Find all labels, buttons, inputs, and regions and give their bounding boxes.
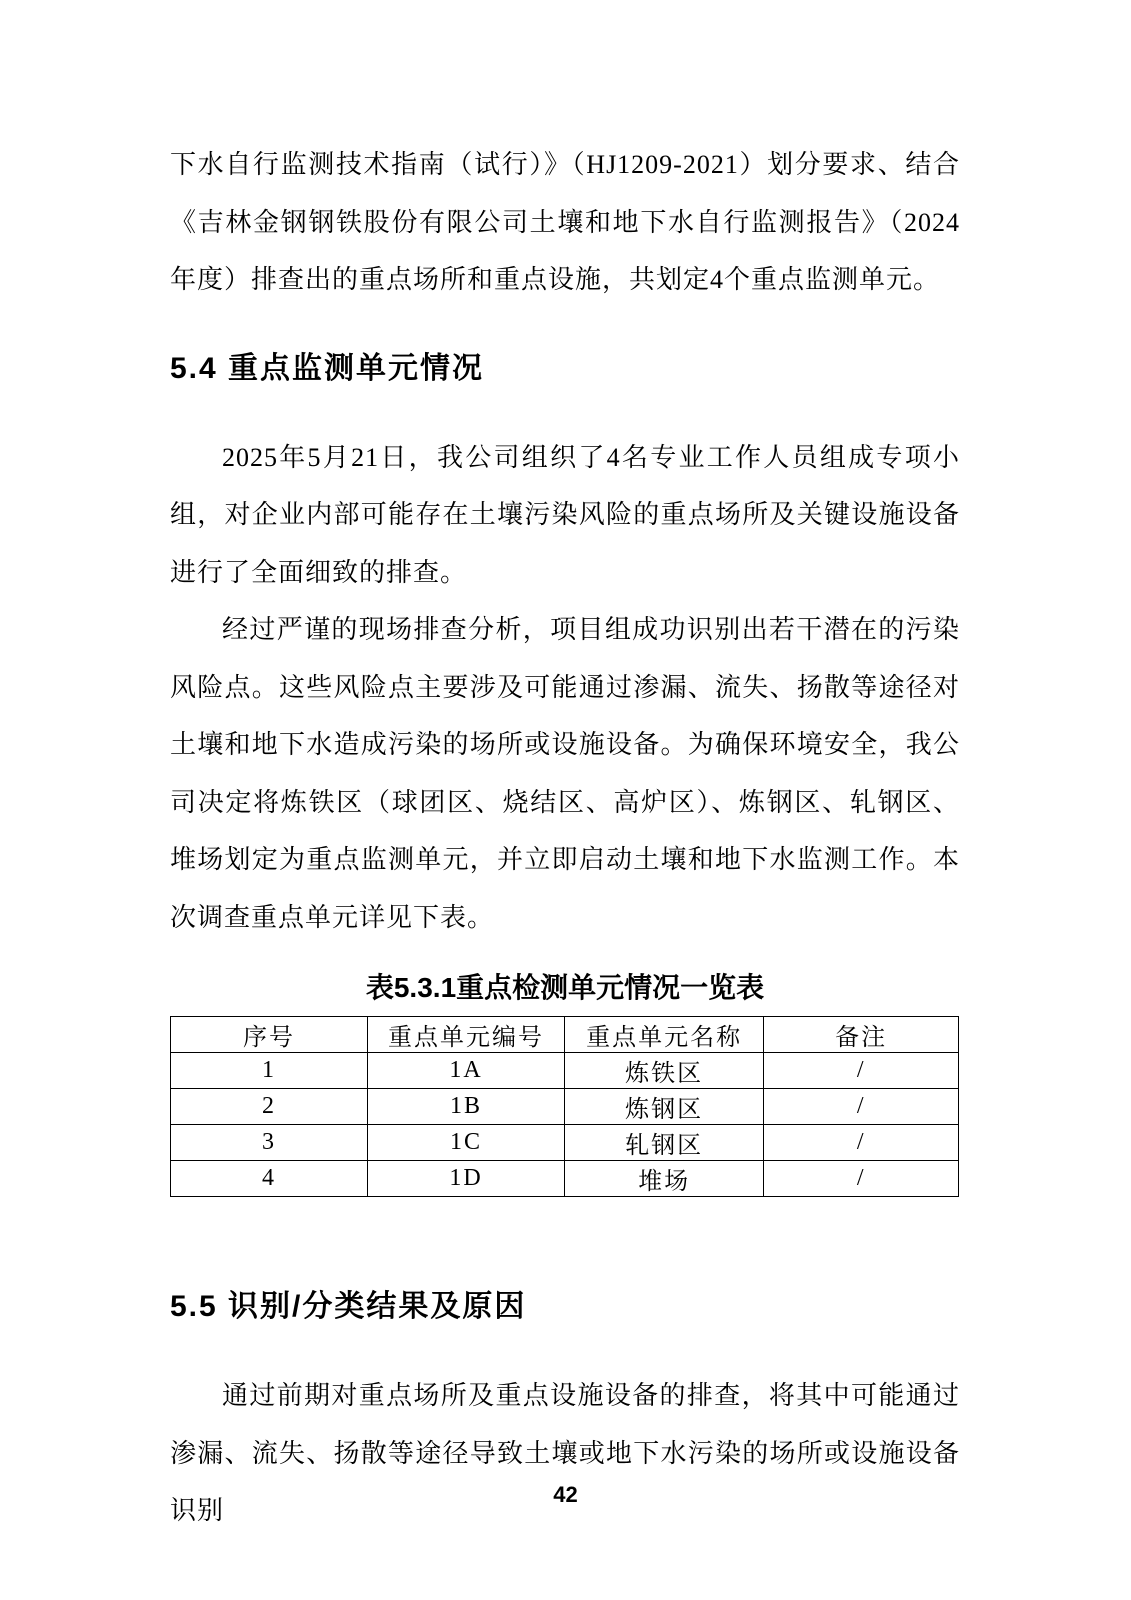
table-cell: 1C	[368, 1125, 565, 1161]
table-row: 3 1C 轧钢区 /	[171, 1125, 959, 1161]
table-row: 4 1D 堆场 /	[171, 1161, 959, 1197]
table-cell: 2	[171, 1089, 368, 1125]
table-cell: /	[764, 1089, 959, 1125]
table-cell: 炼钢区	[565, 1089, 764, 1125]
header-cell-remark: 备注	[764, 1017, 959, 1053]
table-cell: /	[764, 1125, 959, 1161]
table-cell: 1B	[368, 1089, 565, 1125]
table-cell: /	[764, 1053, 959, 1089]
table-cell: 4	[171, 1161, 368, 1197]
report-page: 下水自行监测技术指南（试行）》（HJ1209-2021）划分要求、结合《吉林金钢…	[0, 0, 1131, 1600]
table-cell: 轧钢区	[565, 1125, 764, 1161]
header-cell-unit-code: 重点单元编号	[368, 1017, 565, 1053]
monitoring-units-table: 序号 重点单元编号 重点单元名称 备注 1 1A 炼铁区 / 2 1B 炼钢区 …	[170, 1016, 959, 1197]
section-5-5-paragraph-1: 通过前期对重点场所及重点设施设备的排查，将其中可能通过渗漏、流失、扬散等途径导致…	[170, 1367, 960, 1540]
table-header-row: 序号 重点单元编号 重点单元名称 备注	[171, 1017, 959, 1053]
table-cell: 1A	[368, 1053, 565, 1089]
header-cell-index: 序号	[171, 1017, 368, 1053]
table-cell: 堆场	[565, 1161, 764, 1197]
section-5-4-paragraph-2: 经过严谨的现场排查分析，项目组成功识别出若干潜在的污染风险点。这些风险点主要涉及…	[170, 601, 960, 946]
table-cell: 1D	[368, 1161, 565, 1197]
continuation-paragraph: 下水自行监测技术指南（试行）》（HJ1209-2021）划分要求、结合《吉林金钢…	[170, 136, 960, 309]
section-5-5-heading: 5.5 识别/分类结果及原因	[170, 1287, 960, 1327]
table-row: 2 1B 炼钢区 /	[171, 1089, 959, 1125]
table-5-3-1-title: 表5.3.1重点检测单元情况一览表	[170, 968, 960, 1008]
section-5-4-heading: 5.4 重点监测单元情况	[170, 349, 960, 389]
header-cell-unit-name: 重点单元名称	[565, 1017, 764, 1053]
table-cell: 炼铁区	[565, 1053, 764, 1089]
table-cell: 3	[171, 1125, 368, 1161]
section-5-4-paragraph-1: 2025年5月21日，我公司组织了4名专业工作人员组成专项小组，对企业内部可能存…	[170, 429, 960, 602]
table-row: 1 1A 炼铁区 /	[171, 1053, 959, 1089]
table-cell: 1	[171, 1053, 368, 1089]
page-number: 42	[0, 1482, 1131, 1508]
table-cell: /	[764, 1161, 959, 1197]
